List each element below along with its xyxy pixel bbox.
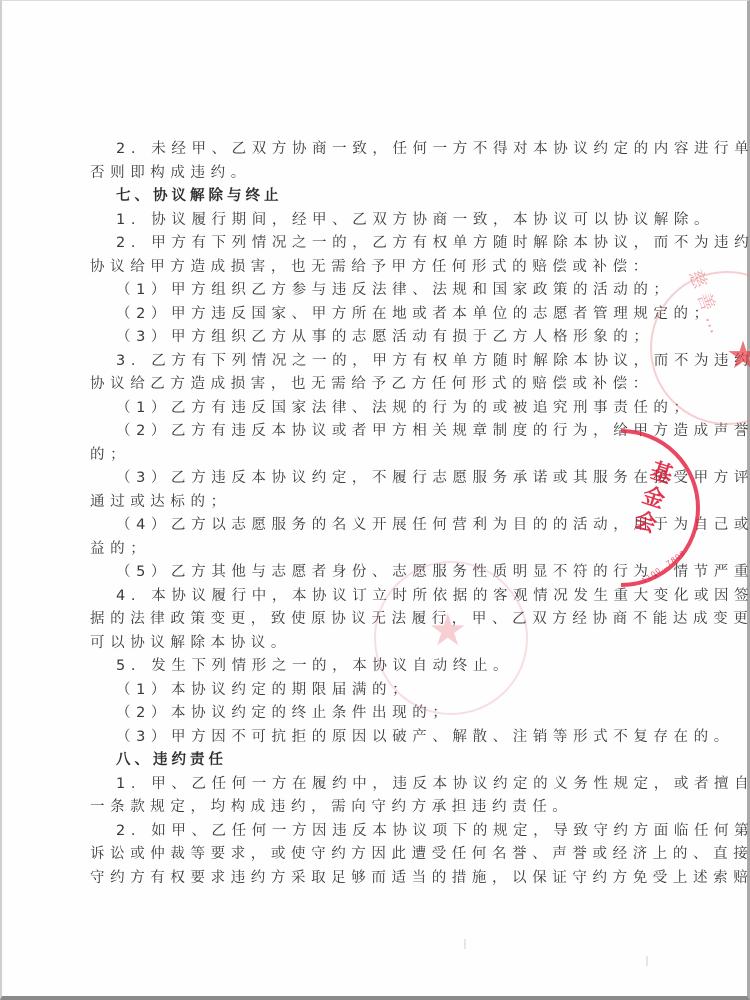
text-line: 一条款规定，均构成违约，需向守约方承担违约责任。 bbox=[90, 796, 666, 820]
text-line: 3. 乙方有下列情况之一的，甲方有权单方随时解除本协议，而不为违约；即使因解除 bbox=[90, 350, 666, 374]
text-line: （3）乙方违反本协议约定，不履行志愿服务承诺或其服务在接受甲方评估时，未能 bbox=[90, 467, 666, 491]
document-body: 2. 未经甲、乙双方协商一致，任何一方不得对本协议约定的内容进行单方擅自变更， … bbox=[90, 138, 666, 890]
document-page: 2. 未经甲、乙双方协商一致，任何一方不得对本协议约定的内容进行单方擅自变更， … bbox=[0, 0, 750, 1000]
text-line: （1）乙方有违反国家法律、法规的行为的或被追究刑事责任的； bbox=[90, 397, 666, 421]
text-line: （1）甲方组织乙方参与违反法律、法规和国家政策的活动的； bbox=[90, 279, 666, 303]
text-line: （2）本协议约定的终止条件出现的； bbox=[90, 702, 666, 726]
scan-speck bbox=[464, 939, 466, 949]
section-heading-7: 七、协议解除与终止 bbox=[90, 185, 666, 209]
text-line: 诉讼或仲裁等要求，或使守约方因此遭受任何名誉、声誉或经济上的、直接或间接的损失， bbox=[90, 843, 666, 867]
text-line: （2）甲方违反国家、甲方所在地或者本单位的志愿者管理规定的； bbox=[90, 303, 666, 327]
text-line: 协议给乙方造成损害，也无需给予乙方任何形式的赔偿或补偿： bbox=[90, 373, 666, 397]
text-line: 通过或达标的； bbox=[90, 491, 666, 515]
text-line: （3）甲方组织乙方从事的志愿活动有损于乙方人格形象的； bbox=[90, 326, 666, 350]
text-line: 4. 本协议履行中，本协议订立时所依据的客观情况发生重大变化或因签订本协议所依 bbox=[90, 585, 666, 609]
text-line: 2. 如甲、乙任何一方因违反本协议项下的规定，导致守约方面临任何第三方的索赔、 bbox=[90, 820, 666, 844]
text-line: 可以协议解除本协议。 bbox=[90, 632, 666, 656]
text-line: 据的法律政策变更，致使原协议无法履行，甲、乙双方经协商不能达成变更协议的，双方 bbox=[90, 608, 666, 632]
text-line: （5）乙方其他与志愿者身份、志愿服务性质明显不符的行为，情节严重的。 bbox=[90, 561, 666, 585]
text-line: 2. 甲方有下列情况之一的，乙方有权单方随时解除本协议，而不为违约；即使因解除 bbox=[90, 232, 666, 256]
text-line: 否则即构成违约。 bbox=[90, 162, 666, 186]
text-line: （4）乙方以志愿服务的名义开展任何营利为目的的活动，用于为自己或他人谋取利 bbox=[90, 514, 666, 538]
text-line: 益的； bbox=[90, 538, 666, 562]
text-line: 的； bbox=[90, 444, 666, 468]
text-line: 守约方有权要求违约方采取足够而适当的措施，以保证守约方免受上述索赔、诉讼或仲裁 bbox=[90, 867, 666, 891]
text-line: 2. 未经甲、乙双方协商一致，任何一方不得对本协议约定的内容进行单方擅自变更， bbox=[90, 138, 666, 162]
text-line: 1. 甲、乙任何一方在履约中，违反本协议约定的义务性规定，或者擅自变更本协议任 bbox=[90, 773, 666, 797]
scan-speck bbox=[646, 956, 648, 966]
text-line: （1）本协议约定的期限届满的； bbox=[90, 679, 666, 703]
text-line: 1. 协议履行期间，经甲、乙双方协商一致，本协议可以协议解除。 bbox=[90, 209, 666, 233]
text-line: 5. 发生下列情形之一的，本协议自动终止。 bbox=[90, 655, 666, 679]
text-line: （2）乙方有违反本协议或者甲方相关规章制度的行为，给甲方造成声誉、经济损失 bbox=[90, 420, 666, 444]
text-line: 协议给甲方造成损害，也无需给予甲方任何形式的赔偿或补偿： bbox=[90, 256, 666, 280]
text-line: （3）甲方因不可抗拒的原因以破产、解散、注销等形式不复存在的。 bbox=[90, 726, 666, 750]
section-heading-8: 八、违约责任 bbox=[90, 749, 666, 773]
